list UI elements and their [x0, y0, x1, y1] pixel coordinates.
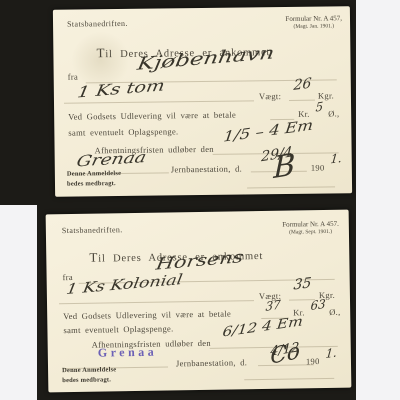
form-line — [64, 100, 254, 103]
formular-block: Formular Nr. A 457. (Magt. Sept. 1901.) — [282, 220, 339, 237]
formular-block: Formular Nr. A 457, (Magt. Jan. 1901.) — [285, 14, 342, 30]
formular-number: Formular Nr. A 457. — [282, 220, 339, 229]
formular-number: Formular Nr. A 457, — [285, 14, 342, 23]
oere-label: Ø., — [328, 108, 339, 118]
sender-label: fra — [68, 72, 78, 82]
payment-value-handwritten: 37 — [265, 297, 281, 314]
payment-label: Ved Godsets Udlevering vil være at betal… — [63, 308, 231, 321]
form-line — [244, 378, 334, 380]
railway-org-label: Statsbanedriften. — [62, 225, 123, 235]
weight-value-handwritten: 26 — [293, 76, 312, 94]
railway-org-label: Statsbanedriften. — [67, 19, 128, 29]
form-line — [247, 186, 335, 188]
weight-label: Vægt: — [259, 91, 281, 101]
bring-notice-line2: bedes medbragt. — [67, 179, 121, 189]
weight-value-handwritten: 35 — [293, 275, 312, 293]
storage-fee-label: samt eventuelt Oplagspenge. — [68, 126, 178, 137]
bring-notice: Denne Anmeldelse bedes medbragt. — [62, 365, 117, 385]
bring-notice: Denne Anmeldelse bedes medbragt. — [67, 169, 122, 189]
formular-date: (Magt. Sept. 1901.) — [282, 229, 339, 237]
station-label: Jernbanestation, d. — [171, 164, 242, 175]
storage-fee-label: samt eventuelt Oplagspenge. — [63, 323, 173, 335]
payment-label: Ved Godsets Udlevering vil være at betal… — [68, 110, 236, 122]
arrival-notice-card-top: Statsbanedriften. Formular Nr. A 457, (M… — [53, 6, 352, 197]
formular-date: (Magt. Jan. 1901.) — [285, 23, 342, 31]
bring-notice-line1: Denne Anmeldelse — [67, 169, 121, 179]
contents-value-handwritten: 1 Ks Kolonial — [65, 272, 184, 298]
oere-value-handwritten: 5 — [315, 99, 323, 114]
station-name-stamp: Grenaa — [98, 345, 158, 361]
year-printed: 190 — [311, 163, 325, 173]
bring-notice-line2: bedes medbragt. — [62, 375, 116, 386]
form-line — [289, 100, 315, 101]
oere-value-handwritten: 63 — [310, 297, 326, 314]
station-name-handwritten: Grenaa — [75, 148, 148, 171]
year-printed: 190 — [306, 356, 320, 366]
year-value-handwritten: 1. — [325, 345, 338, 361]
deadline-value-handwritten: 1/5 – 4 Em — [223, 117, 314, 145]
station-label: Jernbanestation, d. — [176, 357, 247, 368]
auction-photo-page: Statsbanedriften. Formular Nr. A 457, (M… — [0, 0, 400, 400]
signature-handwritten: B — [273, 147, 296, 186]
arrival-notice-card-bottom: Statsbanedriften. Formular Nr. A 457. (M… — [46, 210, 352, 393]
oere-label: Ø., — [329, 307, 340, 317]
bring-notice-line1: Denne Anmeldelse — [62, 365, 116, 376]
year-value-handwritten: 1. — [330, 151, 343, 167]
form-line — [59, 300, 254, 304]
